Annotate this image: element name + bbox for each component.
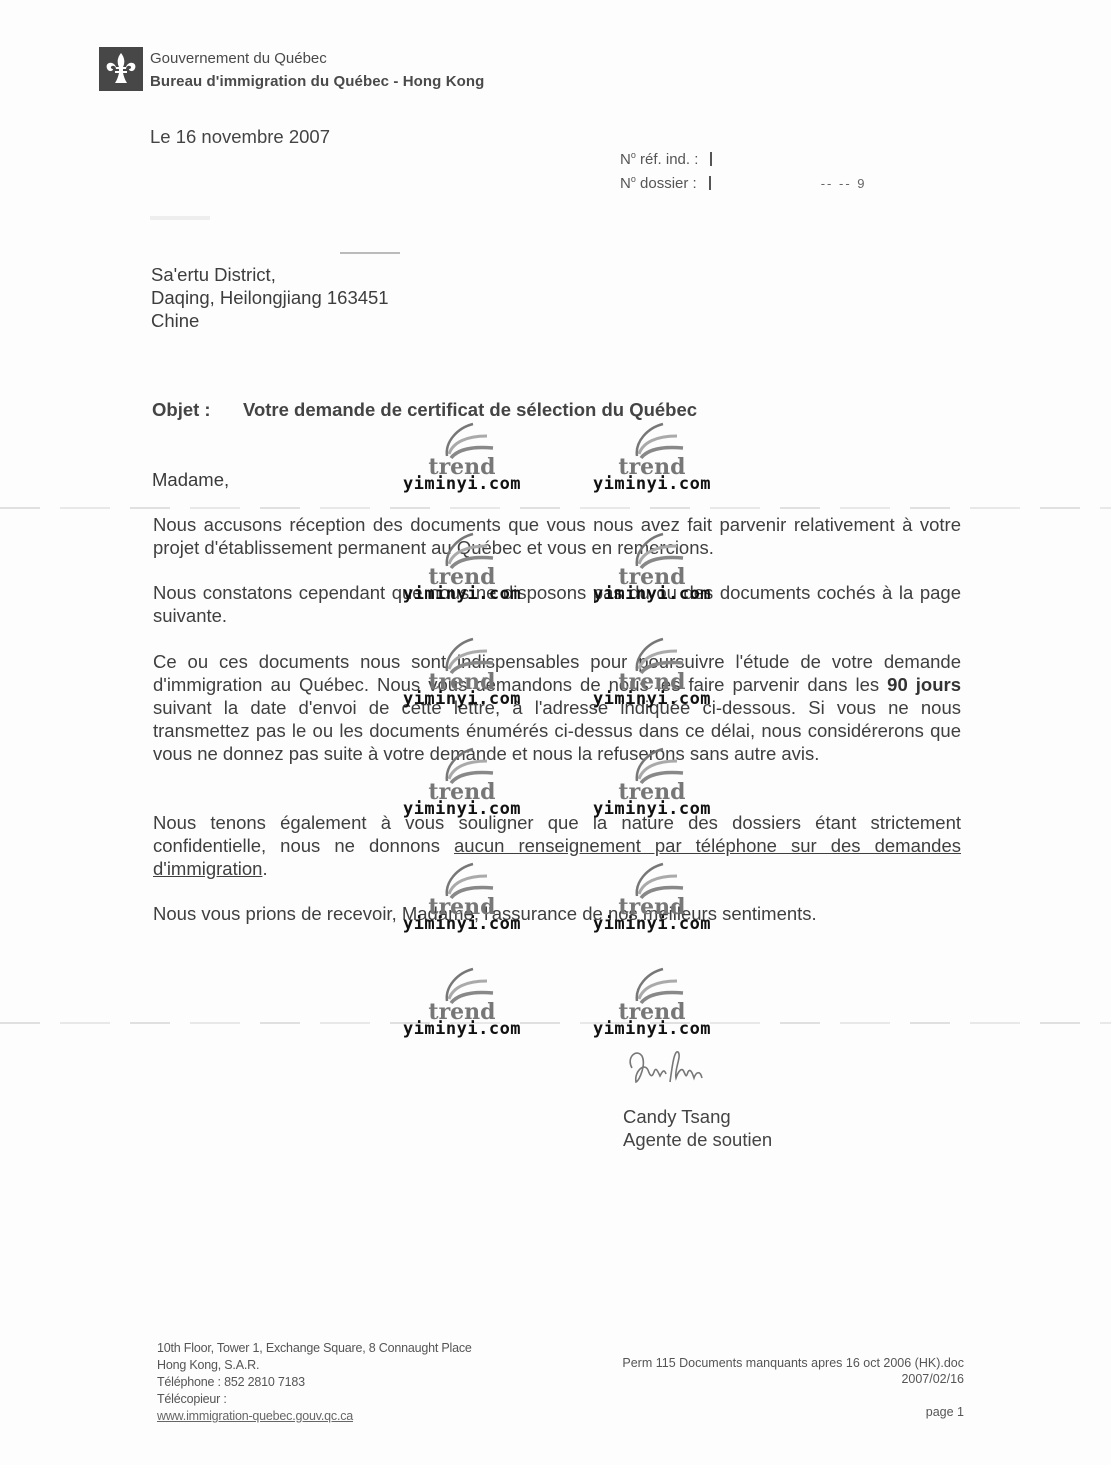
subject-text: Votre demande de certificat de sélection… bbox=[243, 399, 697, 420]
trend-logo-icon: trend bbox=[427, 420, 497, 476]
svg-text:trend: trend bbox=[428, 999, 495, 1021]
paragraph-closing: Nous vous prions de recevoir, Madame, l'… bbox=[153, 902, 961, 925]
fold-line bbox=[0, 1022, 1111, 1024]
document-info: Perm 115 Documents manquants apres 16 oc… bbox=[622, 1355, 964, 1387]
watermark: trend yiminyi.com bbox=[392, 965, 532, 1039]
svg-text:trend: trend bbox=[428, 779, 495, 801]
address-line: Chine bbox=[151, 309, 389, 332]
paragraph-deadline: Ce ou ces documents nous sont indispensa… bbox=[153, 650, 961, 765]
office-contact: 10th Floor, Tower 1, Exchange Square, 8 … bbox=[157, 1340, 472, 1425]
trend-logo-icon: trend bbox=[617, 965, 687, 1021]
paragraph-acknowledgement: Nous accusons réception des documents qu… bbox=[153, 513, 961, 559]
reference-number: No réf. ind. : bbox=[620, 150, 712, 168]
letter-date: Le 16 novembre 2007 bbox=[150, 126, 330, 148]
trend-logo-icon: trend bbox=[427, 965, 497, 1021]
subject-line: Objet :Votre demande de certificat de sé… bbox=[152, 399, 697, 421]
office-address-line: Hong Kong, S.A.R. bbox=[157, 1357, 472, 1374]
paragraph-missing-documents: Nous constatons cependant que nous ne di… bbox=[153, 581, 961, 627]
reference-label: No réf. ind. : bbox=[620, 151, 698, 168]
watermark: trend yiminyi.com bbox=[582, 420, 722, 494]
fleur-de-lis-icon bbox=[105, 52, 137, 86]
office-fax: Télécopieur : bbox=[157, 1391, 472, 1408]
government-name: Gouvernement du Québec bbox=[150, 50, 327, 67]
trend-logo-icon: trend bbox=[617, 420, 687, 476]
office-address-line: 10th Floor, Tower 1, Exchange Square, 8 … bbox=[157, 1340, 472, 1357]
address-line: Daqing, Heilongjiang 163451 bbox=[151, 286, 389, 309]
redacted-value bbox=[710, 152, 712, 166]
svg-text:trend: trend bbox=[618, 454, 685, 476]
svg-text:trend: trend bbox=[618, 779, 685, 801]
address-line: Sa'ertu District, bbox=[151, 263, 389, 286]
bureau-name: Bureau d'immigration du Québec - Hong Ko… bbox=[150, 73, 484, 90]
deadline-days: 90 jours bbox=[887, 674, 961, 695]
svg-text:trend: trend bbox=[618, 999, 685, 1021]
watermark: trend yiminyi.com bbox=[392, 420, 532, 494]
document-filename: Perm 115 Documents manquants apres 16 oc… bbox=[622, 1355, 964, 1371]
redacted-street bbox=[340, 252, 400, 254]
signer-name: Candy Tsang bbox=[623, 1105, 772, 1128]
quebec-logo bbox=[99, 47, 143, 91]
signer-block: Candy Tsang Agente de soutien bbox=[623, 1105, 772, 1151]
svg-text:trend: trend bbox=[428, 454, 495, 476]
dossier-number: No dossier :-- -- 9 bbox=[620, 174, 867, 192]
watermark: trend yiminyi.com bbox=[582, 965, 722, 1039]
paragraph-confidentiality: Nous tenons également à vous souligner q… bbox=[153, 811, 961, 880]
handwritten-signature-icon bbox=[622, 1042, 762, 1094]
watermark-site: yiminyi.com bbox=[582, 474, 722, 494]
watermark-site: yiminyi.com bbox=[392, 474, 532, 494]
redacted-name bbox=[150, 216, 210, 220]
recipient-address: Sa'ertu District, Daqing, Heilongjiang 1… bbox=[151, 263, 389, 332]
office-phone: Téléphone : 852 2810 7183 bbox=[157, 1374, 472, 1391]
page-number: page 1 bbox=[926, 1405, 964, 1419]
website-link[interactable]: www.immigration-quebec.gouv.qc.ca bbox=[157, 1408, 472, 1425]
redacted-value bbox=[709, 176, 711, 190]
dossier-value: -- -- 9 bbox=[821, 176, 867, 191]
signer-title: Agente de soutien bbox=[623, 1128, 772, 1151]
salutation: Madame, bbox=[152, 469, 229, 491]
signature bbox=[622, 1042, 762, 1099]
fold-line bbox=[0, 507, 1111, 509]
subject-label: Objet : bbox=[152, 399, 243, 421]
document-date: 2007/02/16 bbox=[622, 1371, 964, 1387]
dossier-label: No dossier : bbox=[620, 175, 697, 192]
